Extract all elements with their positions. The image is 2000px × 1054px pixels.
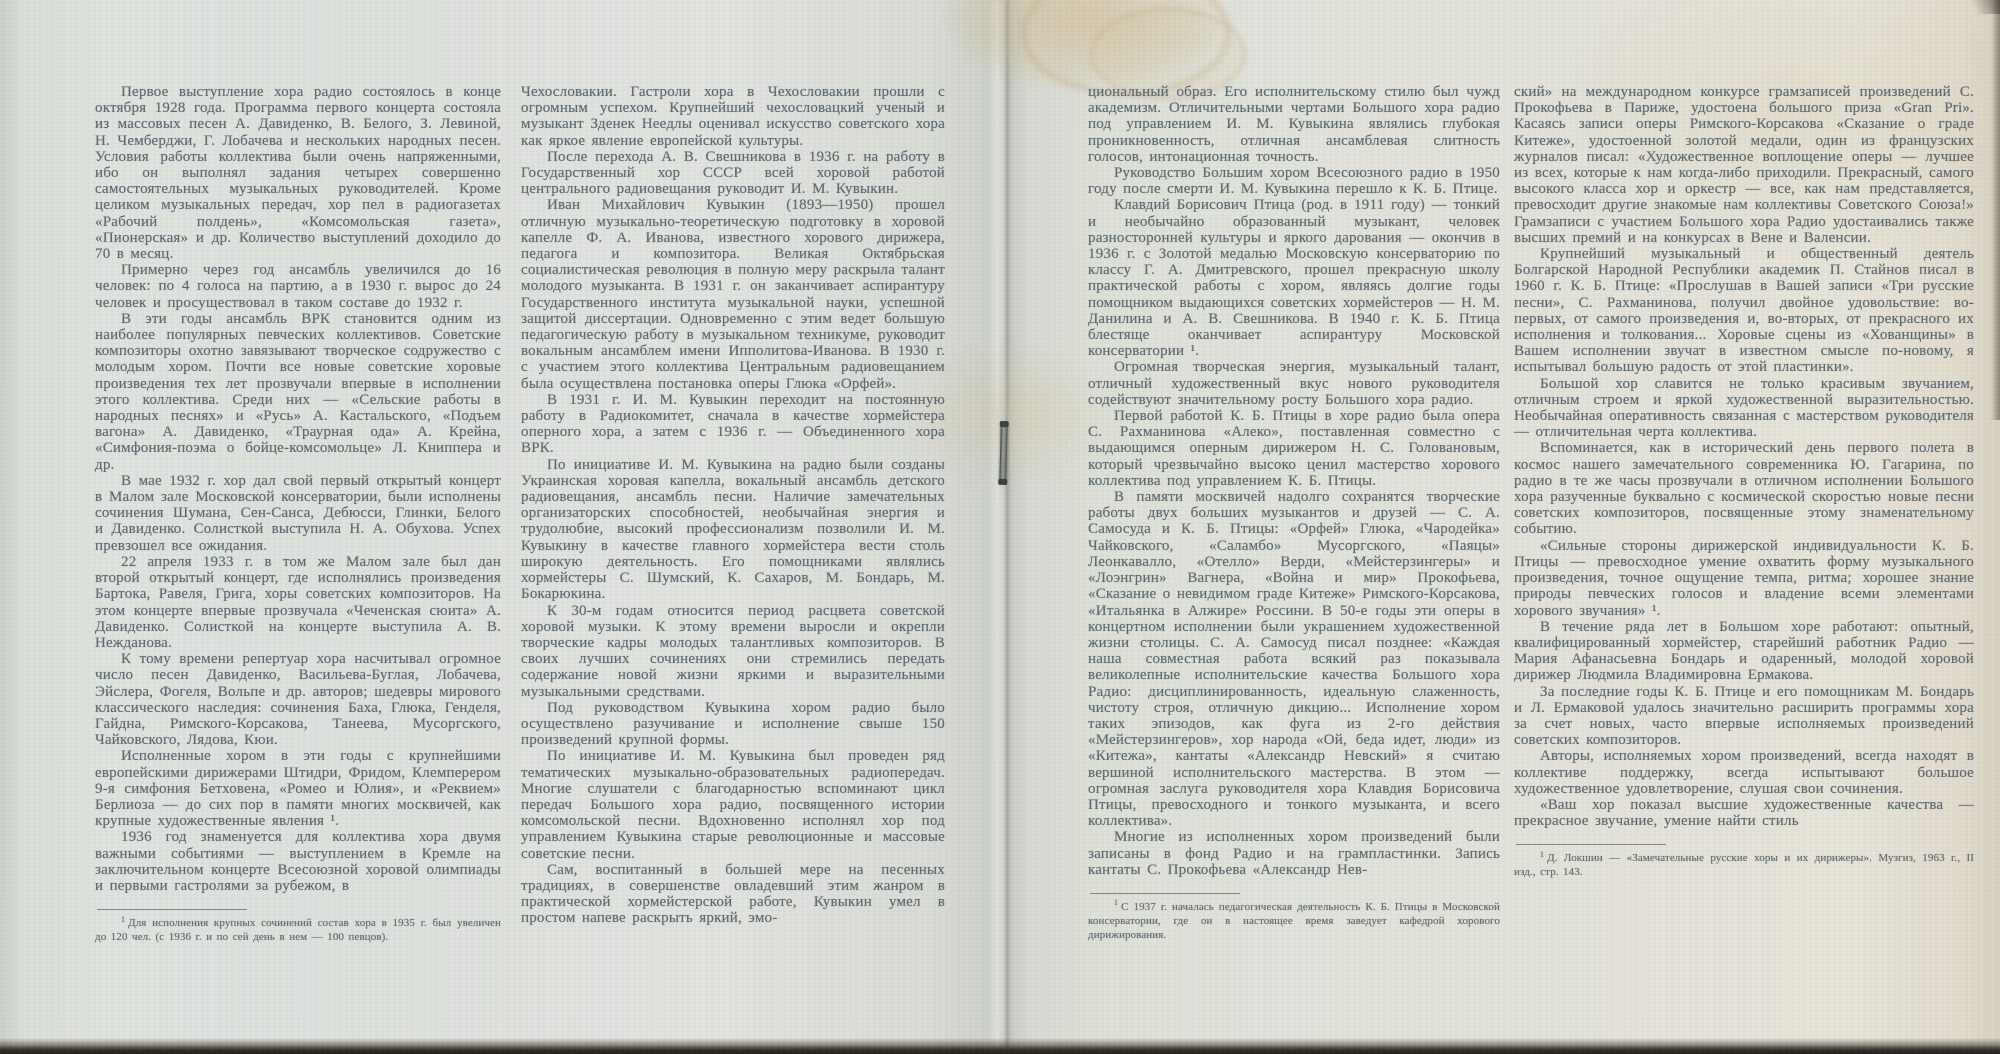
footnote: 1Для исполнения крупных сочинений состав… (95, 909, 501, 945)
footnote-text: 1Для исполнения крупных сочинений состав… (95, 917, 501, 945)
paragraph: Под руководством Кувыкина хором радио бы… (521, 700, 945, 749)
paragraph: 1936 год знаменуется для коллектива хора… (95, 829, 501, 894)
paragraph: Сам, воспитанный в большей мере на песен… (521, 862, 945, 927)
scan-right-edge-shadow (1991, 0, 2000, 420)
paragraph: 22 апреля 1933 г. в том же Малом зале бы… (95, 554, 501, 651)
paragraph: В эти годы ансамбль ВРК становится одним… (95, 311, 501, 473)
text-column-2: Чехословакии. Гастроли хора в Чехословак… (521, 84, 945, 927)
paragraph: циональный образ. Его исполнительскому с… (1088, 84, 1500, 165)
footnote-rule (1090, 893, 1240, 894)
paragraph: Первой работой К. Б. Птицы в хоре радио … (1088, 408, 1500, 489)
footnote-marker: 1 (1114, 898, 1118, 907)
paragraph: В 1931 г. И. М. Кувыкин переходит на пос… (521, 392, 945, 457)
footnote: 1С 1937 г. началась педагогическая деяте… (1088, 893, 1500, 942)
paragraph: Руководство Большим хором Всесоюзного ра… (1088, 165, 1500, 197)
paragraph: Иван Михайлович Кувыкин (1893—1950) прош… (521, 197, 945, 391)
footnote-rule (1516, 844, 1666, 845)
paragraph: «Ваш хор показал высшие художественные к… (1514, 797, 1974, 829)
paragraph: Вспоминается, как в исторический день пе… (1514, 440, 1974, 537)
paragraph: Исполненные хором в эти годы с крупнейши… (95, 748, 501, 829)
paragraph: «Сильные стороны дирижерской индивидуаль… (1514, 538, 1974, 619)
paragraph: Многие из исполненных хором произведений… (1088, 829, 1500, 878)
paragraph: После перехода А. В. Свешникова в 1936 г… (521, 149, 945, 198)
paragraph: Первое выступление хора радио состоялось… (95, 84, 501, 262)
paragraph: К тому времени репертуар хора насчитывал… (95, 651, 501, 748)
text-column-4: ский» на международном конкурсе грамзапи… (1514, 84, 1974, 880)
footnote-text: 1С 1937 г. началась педагогическая деяте… (1088, 901, 1500, 942)
paragraph: К 30-м годам относится период расцвета с… (521, 603, 945, 700)
scan-top-right-corner-shadow (1960, 0, 2000, 14)
text-column-3: циональный образ. Его исполнительскому с… (1088, 84, 1500, 942)
paragraph: По инициативе И. М. Кувыкина на радио бы… (521, 457, 945, 603)
paragraph: Большой хор славится не только красивым … (1514, 376, 1974, 441)
paragraph: В памяти москвичей надолго сохранятся тв… (1088, 489, 1500, 829)
footnote-marker: 1 (121, 915, 125, 924)
footnote-text: 1Д. Локшин — «Замечательные русские хоры… (1514, 852, 1974, 880)
paragraph: За последние годы К. Б. Птице и его помо… (1514, 684, 1974, 749)
center-fold-crease (1006, 0, 1009, 1054)
footnote: 1Д. Локшин — «Замечательные русские хоры… (1514, 844, 1974, 880)
paragraph: Огромная творческая энергия, музыкальный… (1088, 359, 1500, 408)
footnote-rule (97, 909, 247, 910)
paragraph: Чехословакии. Гастроли хора в Чехословак… (521, 84, 945, 149)
scan-bottom-edge-shadow (0, 1038, 2000, 1054)
booklet-scan: Первое выступление хора радио состоялось… (0, 0, 2000, 1054)
center-fold-highlight (992, 0, 1002, 1054)
footnote-marker: 1 (1540, 850, 1544, 859)
paragraph: ский» на международном конкурсе грамзапи… (1514, 84, 1974, 246)
paragraph: Авторы, исполняемых хором произведений, … (1514, 748, 1974, 797)
paragraph: Крупнейший музыкальный и общественный де… (1514, 246, 1974, 376)
paragraph: В течение ряда лет в Большом хоре работа… (1514, 619, 1974, 684)
paragraph: Клавдий Борисович Птица (род. в 1911 год… (1088, 197, 1500, 359)
text-column-1: Первое выступление хора радио состоялось… (95, 84, 501, 945)
paragraph: Примерно через год ансамбль увеличился д… (95, 262, 501, 311)
paragraph: В мае 1932 г. хор дал свой первый открыт… (95, 473, 501, 554)
paragraph: По инициативе И. М. Кувыкина был проведе… (521, 748, 945, 861)
